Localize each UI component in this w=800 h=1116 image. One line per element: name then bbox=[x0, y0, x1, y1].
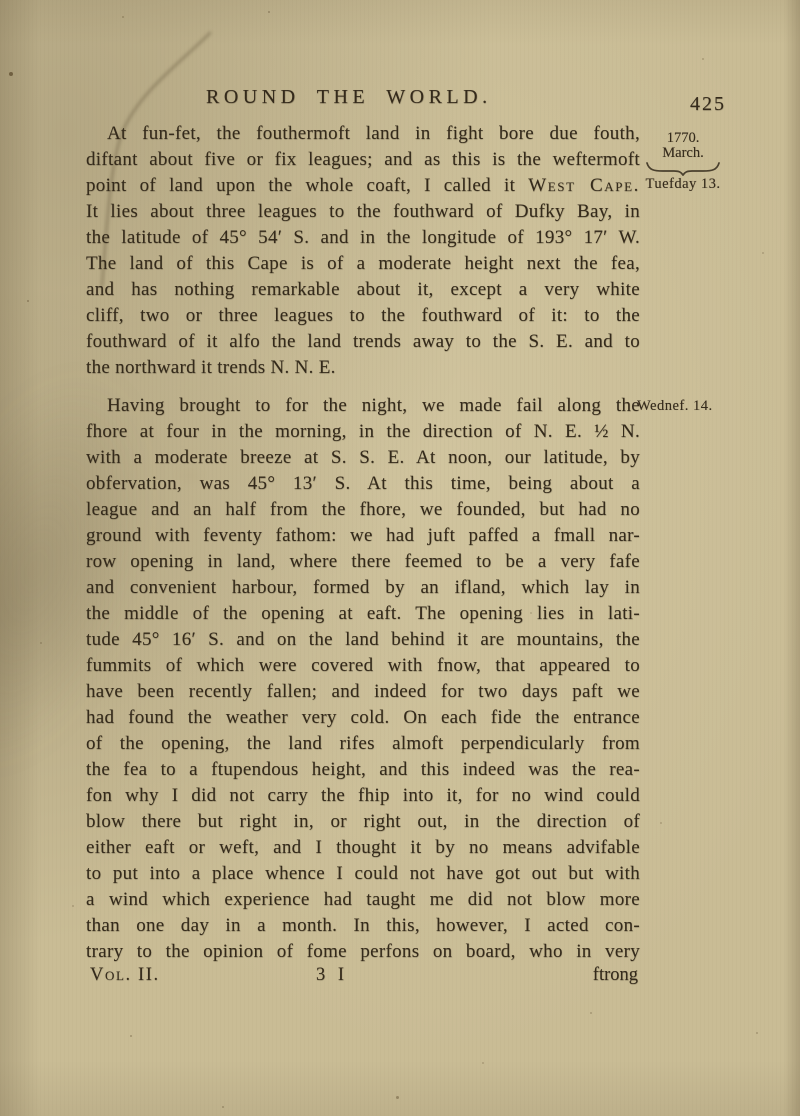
brace-icon bbox=[644, 161, 722, 176]
signature-mark: 3 I bbox=[316, 962, 348, 988]
foxing-speck bbox=[482, 1062, 484, 1064]
foxing-speck bbox=[27, 300, 29, 302]
text-line: the fea to a ftupendous height, and this… bbox=[86, 757, 640, 783]
text-line: the latitude of 45° 54′ S. and in the lo… bbox=[86, 225, 640, 251]
text-line: tude 45° 16′ S. and on the land behind i… bbox=[86, 627, 640, 653]
foxing-speck bbox=[122, 16, 124, 18]
foxing-speck bbox=[9, 72, 13, 76]
text-line: The land of this Cape is of a moderate h… bbox=[86, 251, 640, 277]
text-line: It lies about three leagues to the fouth… bbox=[86, 199, 640, 225]
text-line: and convenient harbour, formed by an ifl… bbox=[86, 575, 640, 601]
foxing-speck bbox=[130, 1035, 132, 1037]
text-line: blow there but right in, or right out, i… bbox=[86, 809, 640, 835]
running-title: ROUND THE WORLD. bbox=[206, 86, 492, 109]
paragraph: Having brought to for the night, we made… bbox=[86, 393, 640, 965]
margin-month: March. bbox=[640, 146, 726, 160]
text-line: either eaft or weft, and I thought it by… bbox=[86, 835, 640, 861]
foxing-speck bbox=[762, 252, 764, 254]
text-line: than one day in a month. In this, howeve… bbox=[86, 913, 640, 939]
foxing-speck bbox=[40, 642, 42, 644]
page-footer: Vol. II. 3 I ftrong bbox=[86, 962, 640, 988]
foxing-speck bbox=[660, 822, 662, 824]
text-line: the northward it trends N. N. E. bbox=[86, 355, 640, 381]
text-line: obfervation, was 45° 13′ S. At this time… bbox=[86, 471, 640, 497]
text-line: to put into a place whence I could not h… bbox=[86, 861, 640, 887]
text-line: ground with feventy fathom: we had juft … bbox=[86, 523, 640, 549]
foxing-speck bbox=[72, 905, 74, 907]
text-line: fouthward of it alfo the land trends awa… bbox=[86, 329, 640, 355]
text-line: a wind which experience had taught me di… bbox=[86, 887, 640, 913]
text-line: and has nothing remarkable about it, exc… bbox=[86, 277, 640, 303]
foxing-speck bbox=[268, 11, 270, 13]
text-line: At fun-fet, the fouthermoft land in figh… bbox=[86, 121, 640, 147]
foxing-speck bbox=[756, 1032, 758, 1034]
margin-day-wednesday: Wednef. 14. bbox=[637, 398, 713, 415]
text-line: league and an half from the fhore, we fo… bbox=[86, 497, 640, 523]
text-line: had found the weather very cold. On each… bbox=[86, 705, 640, 731]
text-line: fhore at four in the morning, in the dir… bbox=[86, 419, 640, 445]
text-line: the middle of the opening at eaft. The o… bbox=[86, 601, 640, 627]
small-caps-text: West Cape. bbox=[528, 175, 640, 196]
body-text: At fun-fet, the fouthermoft land in figh… bbox=[86, 121, 640, 965]
text-line: fon why I did not carry the fhip into it… bbox=[86, 783, 640, 809]
foxing-speck bbox=[702, 58, 704, 60]
foxing-speck bbox=[590, 1012, 592, 1014]
text-line: of the opening, the land rifes almoft pe… bbox=[86, 731, 640, 757]
margin-year: 1770. bbox=[640, 131, 726, 145]
margin-date-block: 1770. March. Tuefday 13. bbox=[640, 131, 726, 191]
paragraph: At fun-fet, the fouthermoft land in figh… bbox=[86, 121, 640, 381]
foxing-speck bbox=[396, 1096, 399, 1099]
text-line: cliff, two or three leagues to the fouth… bbox=[86, 303, 640, 329]
foxing-speck bbox=[222, 1106, 224, 1108]
book-page-scan: ROUND THE WORLD. 425 1770. March. Tuefda… bbox=[0, 0, 800, 1116]
text-line: fummits of which were covered with fnow,… bbox=[86, 653, 640, 679]
text-line: Having brought to for the night, we made… bbox=[86, 393, 640, 419]
text-line: diftant about five or fix leagues; and a… bbox=[86, 147, 640, 173]
text-line: point of land upon the whole coaft, I ca… bbox=[86, 173, 640, 199]
catchword: ftrong bbox=[593, 962, 638, 988]
volume-label: Vol. II. bbox=[90, 962, 160, 988]
text-line: with a moderate breeze at S. S. E. At no… bbox=[86, 445, 640, 471]
page-number: 425 bbox=[690, 93, 726, 116]
text-line: have been recently fallen; and indeed fo… bbox=[86, 679, 640, 705]
text-line: row opening in land, where there feemed … bbox=[86, 549, 640, 575]
margin-day-tuesday: Tuefday 13. bbox=[640, 177, 726, 191]
